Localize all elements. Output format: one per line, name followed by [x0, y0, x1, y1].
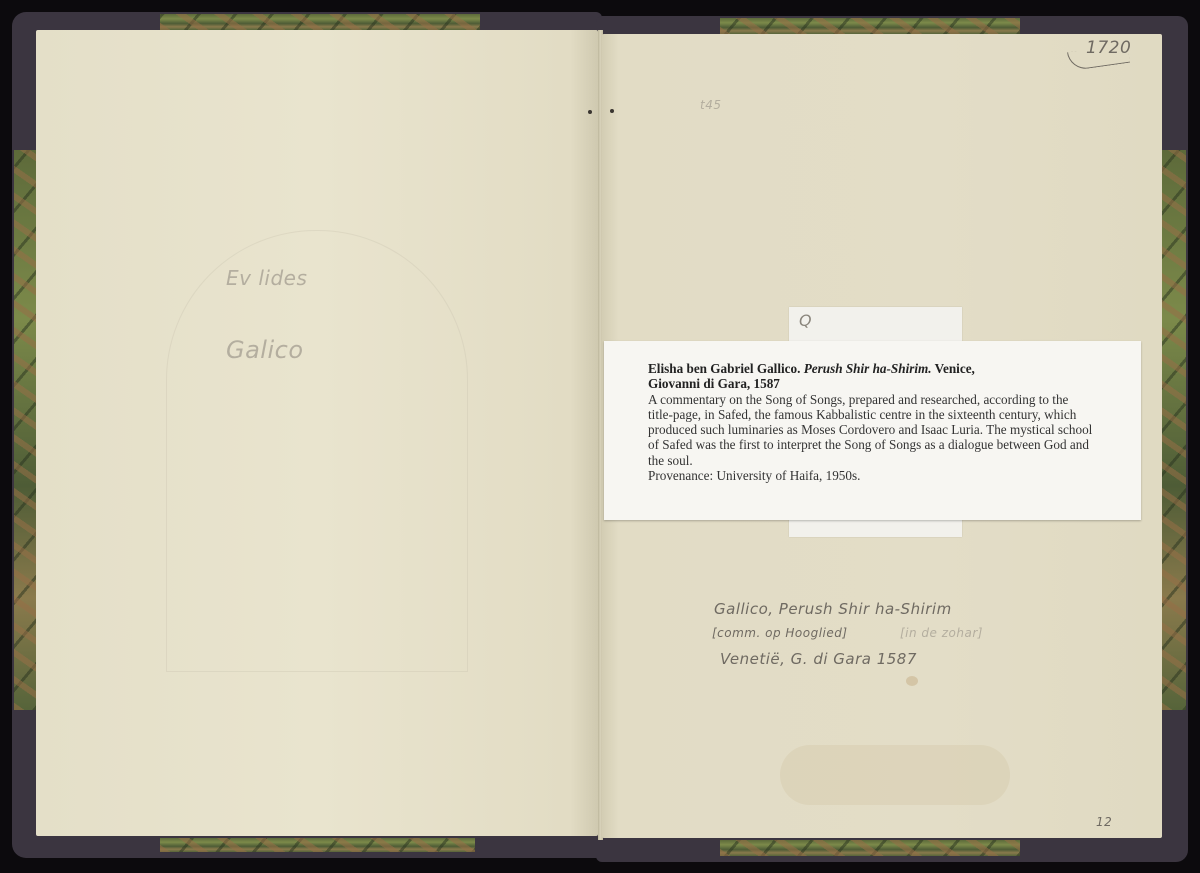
left-page: [36, 30, 598, 836]
left-marbled-edge: [14, 150, 36, 710]
page-number: 12: [1096, 815, 1112, 829]
label-author: Elisha ben Gabriel Gallico.: [648, 361, 800, 376]
label-provenance: Provenance: University of Haifa, 1950s.: [648, 468, 1141, 483]
catalog-note-line-2: [comm. op Hooglied]: [712, 626, 848, 640]
label-imprint-city: Venice,: [935, 361, 975, 376]
title-page-showthrough: [166, 230, 468, 672]
catalog-note-line-2-faint: [in de zohar]: [900, 626, 983, 640]
exhibition-label: Elisha ben Gabriel Gallico. Perush Shir …: [604, 341, 1141, 520]
stain: [906, 676, 918, 686]
tab-mark: Q: [799, 311, 812, 330]
left-marbled-top: [160, 14, 480, 30]
right-marbled-edge: [1162, 150, 1186, 710]
pin-hole: [588, 110, 592, 114]
left-pencil-note-1: Ev lides: [226, 266, 307, 290]
pin-hole: [610, 109, 614, 113]
right-marbled-top: [720, 18, 1020, 34]
label-imprint-printer: Giovanni di Gara, 1587: [648, 376, 780, 391]
top-pencil-mark: t45: [700, 98, 721, 112]
right-marbled-bottom: [720, 840, 1020, 856]
left-marbled-bottom: [160, 838, 475, 852]
label-description: A commentary on the Song of Songs, prepa…: [648, 392, 1093, 468]
catalog-note-line-1: Gallico, Perush Shir ha-Shirim: [714, 600, 952, 618]
catalog-note-line-3: Venetië, G. di Gara 1587: [720, 650, 917, 668]
foxing-area: [780, 745, 1010, 805]
left-pencil-note-2: Galico: [226, 336, 304, 364]
label-title: Elisha ben Gabriel Gallico. Perush Shir …: [648, 361, 1141, 392]
label-work-title: Perush Shir ha-Shirim.: [804, 361, 932, 376]
